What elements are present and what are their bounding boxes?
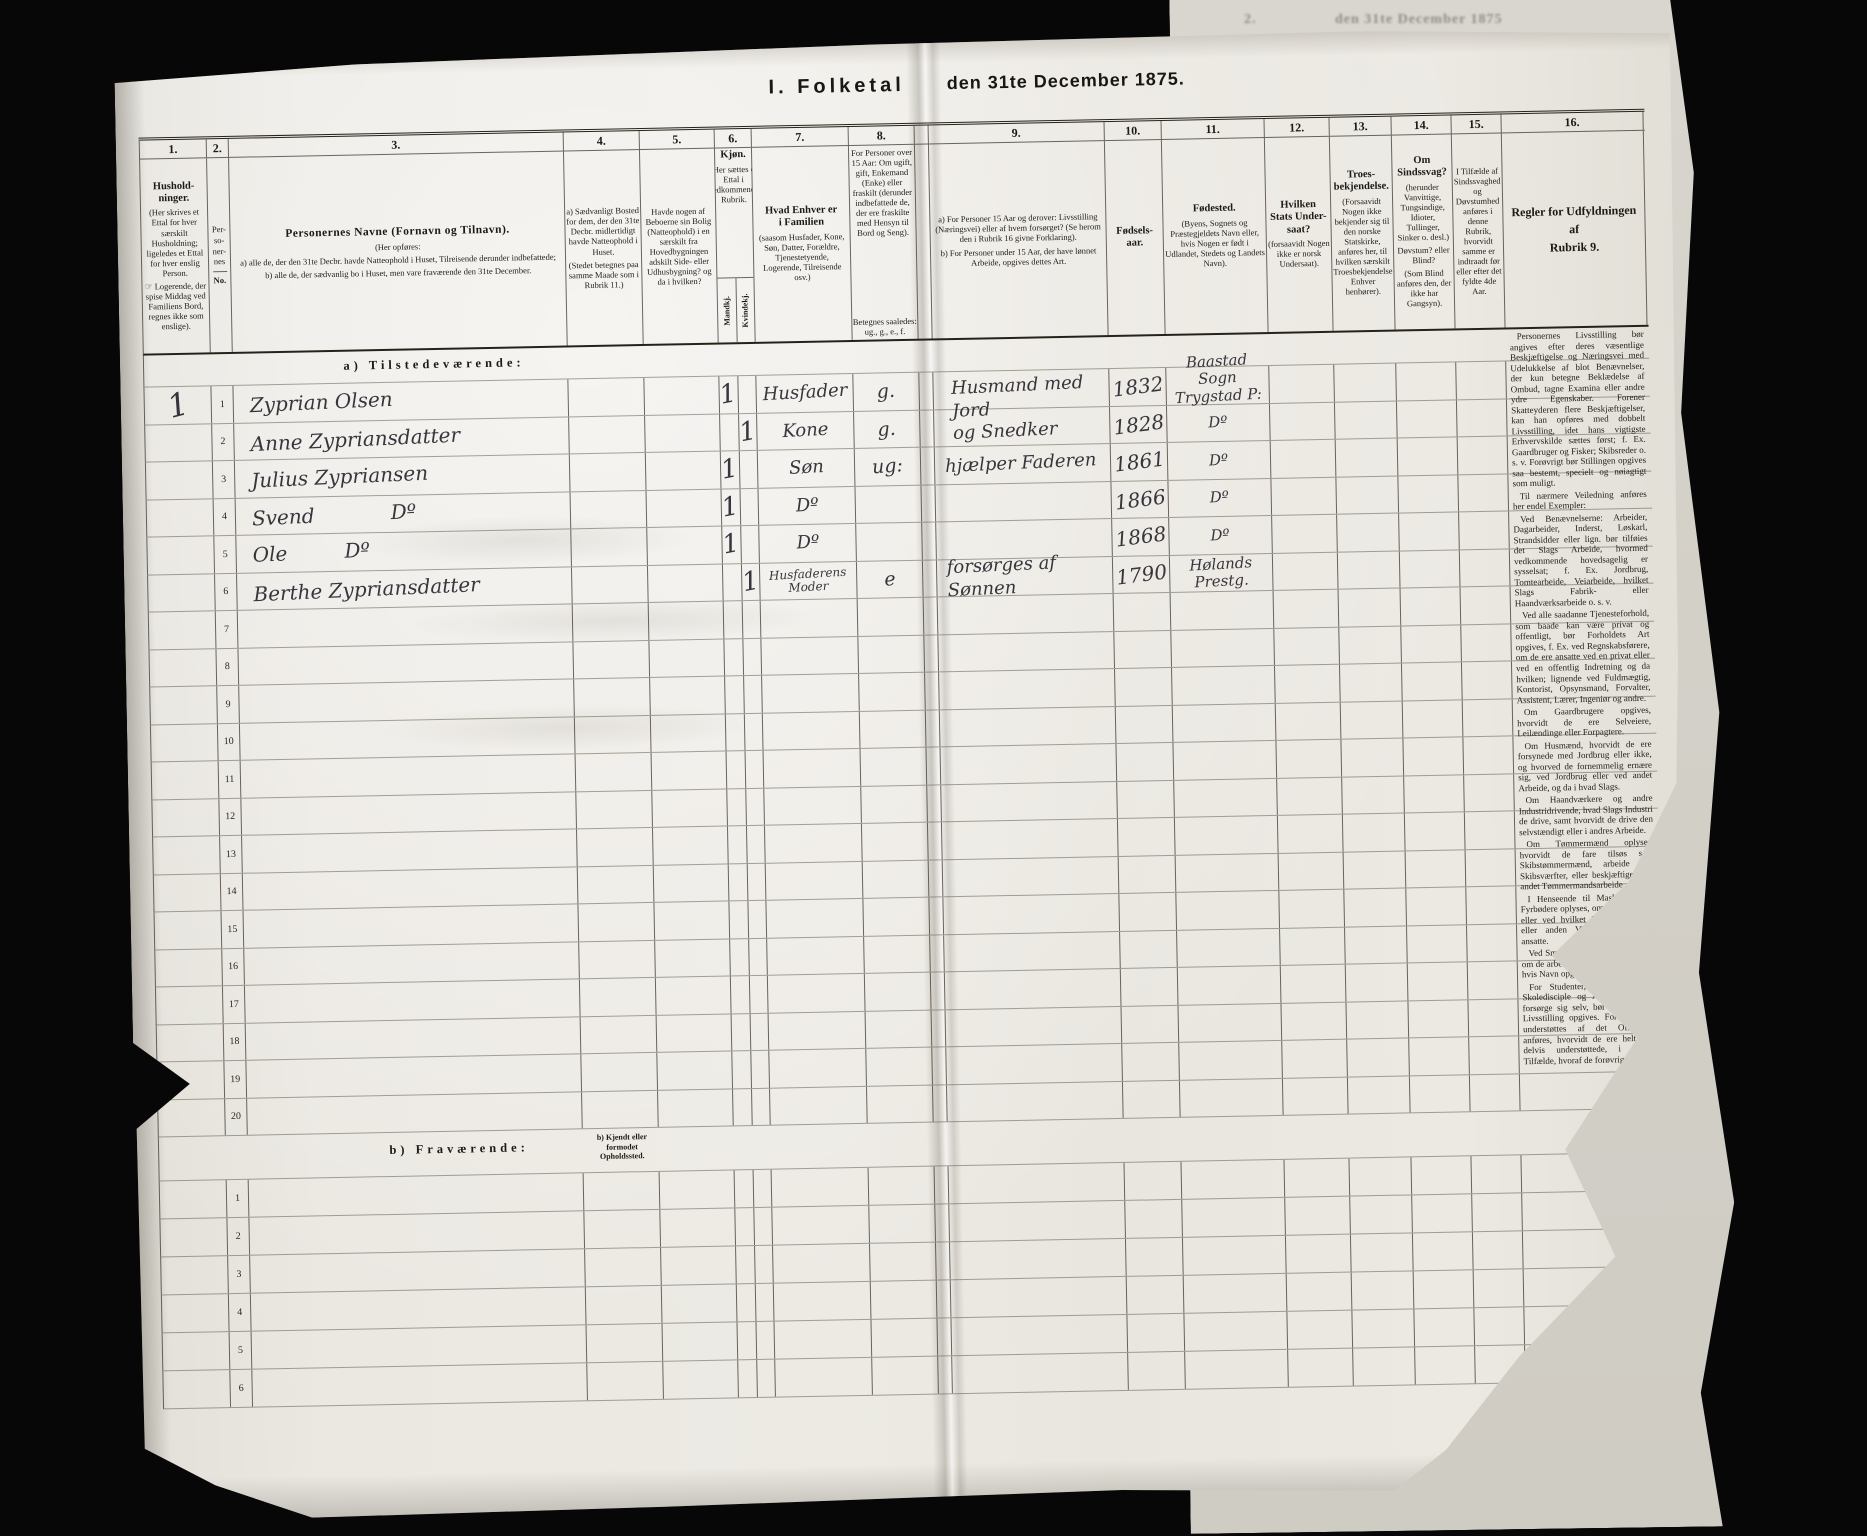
faith bbox=[1336, 476, 1399, 514]
usual-residence bbox=[584, 1210, 661, 1248]
faith bbox=[1344, 851, 1407, 889]
usual-residence bbox=[587, 1362, 664, 1400]
disability bbox=[1404, 775, 1465, 813]
person-no: 3 bbox=[213, 461, 236, 498]
faith bbox=[1341, 701, 1404, 739]
household-mark bbox=[153, 836, 221, 874]
birthplace bbox=[1175, 816, 1279, 854]
marital-status bbox=[860, 710, 927, 748]
name bbox=[241, 792, 577, 835]
household-mark bbox=[152, 799, 220, 837]
household-mark bbox=[163, 1370, 231, 1408]
faith bbox=[1346, 963, 1409, 1001]
citizenship bbox=[1286, 1235, 1352, 1273]
birthplace bbox=[1173, 703, 1277, 741]
marital-status: g. bbox=[854, 410, 921, 448]
male-mark bbox=[728, 826, 746, 863]
ghost-number: 2. bbox=[1244, 12, 1257, 27]
household-mark bbox=[157, 1024, 225, 1062]
occupation bbox=[946, 1006, 1123, 1046]
birth-year bbox=[1125, 1162, 1183, 1200]
column-number-7.: 7. bbox=[752, 127, 849, 147]
faith bbox=[1348, 1076, 1411, 1114]
person-no: 7 bbox=[216, 611, 239, 648]
name bbox=[244, 904, 580, 947]
rules-paragraph: Om Haandværkere og andre Industridrivend… bbox=[1519, 793, 1654, 838]
column-number-13.: 13. bbox=[1329, 117, 1391, 136]
female-mark: 1 bbox=[738, 413, 757, 450]
disability bbox=[1401, 587, 1462, 625]
birthplace bbox=[1180, 1078, 1284, 1116]
census-table: 1.2.3.4.5.6.7.8.9.10.11.12.13.14.15.16.H… bbox=[139, 109, 1669, 1410]
faith bbox=[1337, 514, 1400, 552]
birthplace bbox=[1184, 1312, 1288, 1351]
marital-status bbox=[867, 1085, 934, 1123]
name: Ole Dº bbox=[236, 529, 572, 572]
fold-gap bbox=[930, 935, 945, 972]
fold-gap bbox=[936, 1242, 951, 1279]
birth-year bbox=[1117, 780, 1175, 818]
birthplace bbox=[1176, 853, 1280, 891]
citizenship bbox=[1282, 1040, 1348, 1078]
family-position: Husfaderens Moder bbox=[760, 561, 858, 599]
disability-onset bbox=[1467, 924, 1518, 961]
fold-gap bbox=[932, 1047, 947, 1084]
disability bbox=[1415, 1346, 1476, 1384]
household-mark: 1 bbox=[144, 386, 212, 424]
citizenship bbox=[1278, 815, 1344, 853]
household-mark: Hushold- ninger.(Her skrives et Ettal fo… bbox=[140, 158, 211, 353]
name bbox=[242, 829, 578, 872]
birth-year bbox=[1120, 930, 1178, 968]
birth-year bbox=[1114, 593, 1172, 631]
usual-residence bbox=[576, 790, 653, 828]
citizenship bbox=[1279, 890, 1345, 928]
citizenship bbox=[1288, 1349, 1354, 1387]
fold-gap bbox=[924, 597, 939, 634]
section-b-label: b) Fraværende: bbox=[319, 1139, 599, 1159]
outbuilding bbox=[660, 1170, 736, 1208]
birth-year bbox=[1119, 893, 1177, 931]
male-mark bbox=[725, 676, 743, 713]
faith bbox=[1334, 364, 1397, 402]
outbuilding bbox=[652, 789, 728, 827]
sex bbox=[737, 1284, 775, 1322]
birth-year: 1828 bbox=[1110, 405, 1168, 443]
usual-residence bbox=[568, 378, 645, 416]
marital-status bbox=[858, 635, 925, 673]
name bbox=[246, 1054, 582, 1097]
disability bbox=[1407, 925, 1468, 963]
female-mark bbox=[750, 1051, 769, 1088]
column-number-14.: 14. bbox=[1391, 115, 1451, 134]
male-mark bbox=[729, 901, 747, 938]
occupation bbox=[950, 1239, 1127, 1279]
usual-residence bbox=[574, 678, 651, 716]
faith bbox=[1339, 589, 1402, 627]
faith bbox=[1346, 1001, 1409, 1039]
female-mark bbox=[756, 1360, 775, 1397]
usual-residence bbox=[570, 453, 647, 491]
family-position: Søn bbox=[758, 449, 856, 487]
fold-gap bbox=[933, 1085, 948, 1122]
disability bbox=[1413, 1232, 1474, 1270]
male-mark bbox=[738, 1360, 756, 1397]
family-position bbox=[769, 1049, 867, 1087]
person-no: 13 bbox=[220, 836, 243, 873]
rules-paragraph: Om Husmænd, hvorvidt de ere forsynede me… bbox=[1517, 738, 1652, 793]
disability-onset bbox=[1463, 699, 1514, 736]
marital-status: For Personer over 15 Aar: Om ugift, gift… bbox=[849, 145, 919, 340]
disability-onset bbox=[1462, 661, 1513, 698]
person-no: 12 bbox=[219, 798, 242, 835]
name: Svend Dº bbox=[236, 492, 572, 535]
occupation bbox=[946, 1044, 1123, 1084]
birthplace bbox=[1178, 1003, 1282, 1041]
name bbox=[247, 1092, 583, 1135]
female-mark bbox=[744, 751, 763, 788]
disability-onset bbox=[1470, 1074, 1521, 1111]
marital-status bbox=[866, 1010, 933, 1048]
fold-gap bbox=[929, 897, 944, 934]
occupation bbox=[945, 969, 1122, 1009]
birthplace: Dº bbox=[1167, 403, 1271, 441]
disability bbox=[1401, 625, 1462, 663]
birthplace bbox=[1172, 666, 1276, 704]
sex: 1 bbox=[722, 526, 760, 563]
family-position: Dº bbox=[758, 486, 856, 524]
family-position bbox=[775, 1358, 873, 1397]
outbuilding bbox=[649, 639, 725, 677]
male-mark bbox=[724, 601, 742, 638]
sex bbox=[732, 1051, 770, 1088]
citizenship bbox=[1275, 665, 1341, 703]
person-no: 2 bbox=[212, 423, 235, 460]
male-mark: 1 bbox=[721, 489, 739, 526]
family-position bbox=[769, 1011, 867, 1049]
male-mark bbox=[724, 639, 742, 676]
household-mark bbox=[154, 874, 222, 912]
birth-year bbox=[1116, 705, 1174, 743]
fold-gap bbox=[937, 1280, 952, 1317]
citizenship bbox=[1269, 365, 1335, 403]
male-mark bbox=[729, 864, 747, 901]
column-number-15.: 15. bbox=[1451, 114, 1501, 133]
marital-status bbox=[855, 485, 922, 523]
disability-onset bbox=[1459, 511, 1510, 548]
household-mark bbox=[151, 724, 219, 762]
disability-onset bbox=[1464, 774, 1515, 811]
name: Berthe Zypriansdatter bbox=[237, 567, 573, 610]
outbuilding bbox=[660, 1208, 736, 1246]
citizenship bbox=[1277, 777, 1343, 815]
name: Zyprian Olsen bbox=[233, 379, 569, 422]
birthplace: Dº bbox=[1169, 516, 1273, 554]
male-mark: 1 bbox=[719, 376, 737, 413]
name bbox=[240, 717, 576, 760]
faith bbox=[1336, 439, 1399, 477]
birthplace: Dº bbox=[1168, 478, 1272, 516]
male-subcolumn: Mandkj. bbox=[717, 278, 736, 342]
birth-year bbox=[1122, 1005, 1180, 1043]
female-mark bbox=[755, 1322, 774, 1359]
name bbox=[249, 1211, 585, 1254]
ghost-date: den 31te December 1875 bbox=[1335, 12, 1503, 27]
disability-onset bbox=[1457, 399, 1508, 436]
marital-status: e bbox=[857, 560, 924, 598]
name bbox=[239, 679, 575, 722]
faith bbox=[1335, 401, 1398, 439]
page-title-left: I. Folketal bbox=[715, 74, 905, 101]
faith bbox=[1349, 1157, 1412, 1195]
birthplace bbox=[1178, 966, 1282, 1004]
birth-year bbox=[1114, 630, 1172, 668]
sex: 1 bbox=[723, 563, 761, 600]
family-position bbox=[774, 1320, 872, 1359]
disability bbox=[1408, 962, 1469, 1000]
column-number-2.: 2. bbox=[207, 139, 229, 157]
marital-status bbox=[856, 523, 923, 561]
fold-gap bbox=[935, 1204, 950, 1241]
female-mark bbox=[754, 1246, 773, 1283]
citizenship bbox=[1287, 1311, 1353, 1349]
occupation bbox=[951, 1277, 1128, 1317]
faith: Troes- bekjendelse.(Forsaavidt Nogen ikk… bbox=[1330, 136, 1396, 331]
faith bbox=[1341, 738, 1404, 776]
faith bbox=[1338, 551, 1401, 589]
birth-year bbox=[1122, 1043, 1180, 1081]
disability bbox=[1398, 475, 1459, 513]
occupation bbox=[935, 482, 1112, 522]
female-mark bbox=[740, 526, 759, 563]
family-position bbox=[764, 786, 862, 824]
occupation: Husmand med Jord og Snedker bbox=[933, 369, 1110, 409]
birth-year: Fødsels- aar. bbox=[1105, 140, 1166, 335]
disability-onset bbox=[1473, 1231, 1524, 1269]
sex bbox=[729, 863, 767, 900]
outbuilding: Havde nogen af Beboerne sin Bolig (Natte… bbox=[640, 149, 719, 344]
family-position bbox=[766, 899, 864, 937]
person-no: 6 bbox=[215, 573, 238, 610]
sex bbox=[730, 938, 768, 975]
birthplace: Hølands Prestg. bbox=[1170, 553, 1274, 591]
sex bbox=[726, 713, 764, 750]
column-number-4.: 4. bbox=[564, 131, 640, 150]
occupation bbox=[949, 1163, 1126, 1203]
usual-residence bbox=[587, 1324, 664, 1362]
sex bbox=[727, 788, 765, 825]
fold-gap bbox=[923, 560, 938, 597]
fold-gap bbox=[937, 1318, 952, 1355]
usual-residence bbox=[573, 640, 650, 678]
household-mark bbox=[145, 424, 213, 462]
name bbox=[238, 642, 574, 685]
person-no: 4 bbox=[229, 1294, 252, 1331]
male-mark bbox=[727, 789, 745, 826]
person-no: 19 bbox=[224, 1061, 247, 1098]
usual-residence bbox=[573, 603, 650, 641]
marital-status bbox=[869, 1167, 936, 1205]
usual-residence bbox=[577, 828, 654, 866]
column-number-11.: 11. bbox=[1162, 119, 1265, 139]
bleedthrough-ghost-text: 2. den 31te December 1875 bbox=[1244, 12, 1724, 28]
occupation bbox=[938, 632, 1115, 672]
family-position bbox=[767, 936, 865, 974]
male-mark bbox=[732, 1014, 750, 1051]
disability bbox=[1406, 887, 1467, 925]
family-position bbox=[768, 974, 866, 1012]
usual-residence bbox=[585, 1248, 662, 1286]
name bbox=[244, 942, 580, 985]
sex bbox=[724, 601, 762, 638]
disability-onset: I Tilfælde af Sindssvaghed og Døvstumhed… bbox=[1452, 133, 1506, 328]
usual-residence bbox=[569, 415, 646, 453]
female-mark bbox=[745, 788, 764, 825]
faith bbox=[1352, 1309, 1415, 1347]
occupation bbox=[939, 669, 1116, 709]
household-mark bbox=[147, 536, 215, 574]
census-paper-sheet: I. Folketal den 31te December 1875. 1.2.… bbox=[114, 23, 1702, 1525]
household-mark bbox=[148, 574, 216, 612]
person-no: 15 bbox=[222, 911, 245, 948]
outbuilding bbox=[647, 489, 723, 527]
name: Anne Zypriansdatter bbox=[234, 417, 570, 460]
disability: Om Sindssvag?(herunder Vanvittige, Tungs… bbox=[1392, 134, 1456, 329]
name bbox=[243, 867, 579, 910]
fold-gap bbox=[922, 522, 937, 559]
disability-onset bbox=[1466, 886, 1517, 923]
household-mark bbox=[155, 949, 223, 987]
birth-year bbox=[1115, 668, 1173, 706]
name bbox=[251, 1287, 587, 1330]
female-mark bbox=[753, 1208, 772, 1245]
family-position: Hvad Enhver er i Familien(saasom Husfade… bbox=[752, 146, 853, 342]
outbuilding bbox=[652, 751, 728, 789]
person-no: 16 bbox=[222, 948, 245, 985]
birth-year bbox=[1123, 1080, 1181, 1118]
marital-status bbox=[859, 673, 926, 711]
male-mark bbox=[737, 1322, 755, 1359]
name bbox=[238, 604, 574, 647]
column-header-row: Hushold- ninger.(Her skrives et Ettal fo… bbox=[139, 131, 1648, 356]
column-number-9.: 9. bbox=[929, 122, 1105, 143]
sex bbox=[732, 1013, 770, 1050]
birthplace bbox=[1176, 891, 1280, 929]
disability-onset bbox=[1460, 549, 1511, 586]
page-title-right: den 31te December 1875. bbox=[947, 67, 1247, 94]
female-mark bbox=[752, 1170, 771, 1207]
sex bbox=[724, 638, 762, 675]
male-mark bbox=[720, 414, 738, 451]
sex: 1 bbox=[721, 451, 759, 488]
disability bbox=[1410, 1075, 1471, 1113]
birth-year bbox=[1119, 855, 1177, 893]
birth-year bbox=[1125, 1200, 1183, 1238]
citizenship bbox=[1274, 627, 1340, 665]
occupation bbox=[940, 706, 1117, 746]
disability-onset bbox=[1471, 1155, 1522, 1193]
marital-status bbox=[870, 1243, 937, 1281]
household-mark bbox=[155, 911, 223, 949]
outbuilding bbox=[651, 714, 727, 752]
outbuilding bbox=[658, 1089, 734, 1127]
citizenship bbox=[1271, 440, 1337, 478]
faith bbox=[1350, 1195, 1413, 1233]
household-mark bbox=[161, 1256, 229, 1294]
outbuilding bbox=[650, 676, 726, 714]
citizenship bbox=[1285, 1197, 1351, 1235]
disability bbox=[1397, 400, 1458, 438]
fold-gap bbox=[932, 1010, 947, 1047]
usual-residence bbox=[571, 490, 648, 528]
outbuilding bbox=[654, 901, 730, 939]
family-position: Kone bbox=[757, 411, 855, 449]
birth-year bbox=[1118, 818, 1176, 856]
usual-residence bbox=[579, 940, 656, 978]
male-mark bbox=[723, 564, 741, 601]
male-mark bbox=[736, 1246, 754, 1283]
outbuilding bbox=[647, 527, 723, 565]
name bbox=[241, 754, 577, 797]
usual-residence bbox=[578, 903, 655, 941]
sex bbox=[736, 1246, 774, 1284]
disability-onset bbox=[1456, 361, 1507, 398]
disability bbox=[1403, 700, 1464, 738]
birth-year bbox=[1121, 968, 1179, 1006]
disability bbox=[1408, 1000, 1469, 1038]
name bbox=[252, 1325, 588, 1368]
marital-status bbox=[871, 1281, 938, 1319]
faith bbox=[1340, 663, 1403, 701]
female-mark bbox=[742, 638, 761, 675]
disability bbox=[1396, 362, 1457, 400]
fold-gap bbox=[924, 635, 939, 672]
marital-status bbox=[869, 1205, 936, 1243]
family-position bbox=[772, 1206, 870, 1245]
fold-gap bbox=[931, 972, 946, 1009]
sex bbox=[733, 1088, 771, 1125]
outbuilding bbox=[646, 452, 722, 490]
disability-onset bbox=[1474, 1307, 1525, 1345]
male-mark bbox=[726, 714, 744, 751]
fold-gap bbox=[915, 125, 929, 143]
household-mark bbox=[149, 649, 217, 687]
name bbox=[249, 1173, 585, 1216]
family-position bbox=[766, 861, 864, 899]
citizenship bbox=[1287, 1273, 1353, 1311]
scanned-census-page: 2. den 31te December 1875 I. Folketal de… bbox=[0, 0, 1867, 1536]
outbuilding bbox=[661, 1246, 737, 1284]
occupation bbox=[940, 744, 1117, 784]
birth-year: 1861 bbox=[1111, 443, 1169, 481]
fold-gap bbox=[935, 1166, 950, 1203]
fold-gap bbox=[927, 785, 942, 822]
female-mark bbox=[748, 938, 767, 975]
citizenship bbox=[1280, 927, 1346, 965]
outbuilding bbox=[656, 976, 732, 1014]
occupation: hjælper Faderen bbox=[935, 444, 1112, 484]
marital-status bbox=[871, 1319, 938, 1357]
marital-status bbox=[858, 598, 925, 636]
marital-status bbox=[861, 748, 928, 786]
faith bbox=[1351, 1233, 1414, 1271]
disability bbox=[1405, 812, 1466, 850]
birth-year bbox=[1127, 1276, 1185, 1314]
marital-status bbox=[866, 1048, 933, 1086]
disability-onset bbox=[1461, 624, 1512, 661]
outbuilding bbox=[663, 1322, 739, 1360]
citizenship: Hvilken Stats Under- saat?(forsaavidt No… bbox=[1265, 137, 1334, 332]
